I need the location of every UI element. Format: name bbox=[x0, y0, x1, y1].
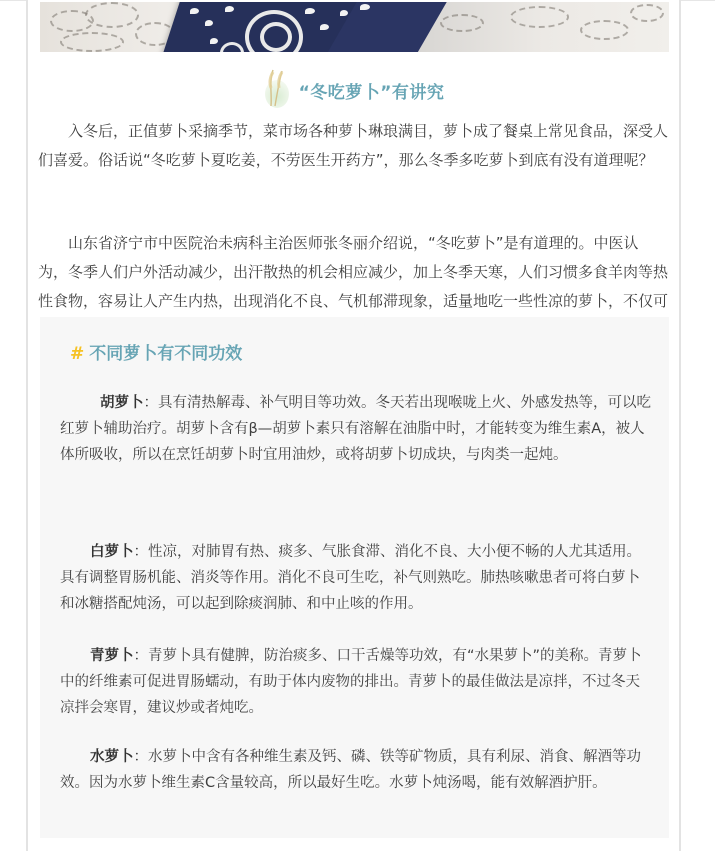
item-sep: ： bbox=[144, 395, 159, 411]
banner-image bbox=[40, 2, 669, 52]
item-text: 水萝卜中含有各种维生素及钙、磷、铁等矿物质，具有利尿、消食、解酒等功效。因为水萝… bbox=[60, 749, 641, 791]
item-name: 水萝卜 bbox=[90, 749, 134, 765]
intro-paragraph: 入冬后，正值萝卜采摘季节，菜市场各种萝卜琳琅满目，萝卜成了餐桌上常见食品，深受人… bbox=[38, 117, 668, 175]
item-name: 胡萝卜 bbox=[100, 395, 144, 411]
hash-icon: # bbox=[70, 344, 84, 364]
radish-effects-box: #不同萝卜有不同功效 胡萝卜：具有清热解毒、补气明目等功效。冬天若出现喉咙上火、… bbox=[40, 317, 669, 838]
item-sep: ： bbox=[134, 544, 149, 560]
section-title: “冬吃萝卜”有讲究 bbox=[28, 66, 679, 110]
item-text: 性凉，对肺胃有热、痰多、气胀食滞、消化不良、大小便不畅的人尤其适用。具有调整胃肠… bbox=[60, 544, 641, 612]
item-sep: ： bbox=[134, 648, 149, 664]
radish-item-water: 水萝卜：水萝卜中含有各种维生素及钙、磷、铁等矿物质，具有利尿、消食、解酒等功效。… bbox=[60, 744, 652, 796]
radish-item-carrot: 胡萝卜：具有清热解毒、补气明目等功效。冬天若出现喉咙上火、外感发热等，可以吃红萝… bbox=[60, 390, 652, 468]
item-name: 白萝卜 bbox=[90, 544, 134, 560]
section-title-text: “冬吃萝卜”有讲究 bbox=[299, 78, 445, 103]
article-card: “冬吃萝卜”有讲究 入冬后，正值萝卜采摘季节，菜市场各种萝卜琳琅满目，萝卜成了餐… bbox=[26, 0, 681, 851]
box-heading: #不同萝卜有不同功效 bbox=[70, 339, 242, 364]
item-sep: ： bbox=[134, 749, 149, 765]
radish-item-green: 青萝卜：青萝卜具有健脾，防治痰多、口干舌燥等功效，有“水果萝卜”的美称。青萝卜中… bbox=[60, 643, 652, 721]
reed-leaf-icon bbox=[263, 68, 293, 108]
box-heading-text: 不同萝卜有不同功效 bbox=[89, 344, 242, 364]
item-text: 青萝卜具有健脾，防治痰多、口干舌燥等功效，有“水果萝卜”的美称。青萝卜中的纤维素… bbox=[60, 648, 642, 716]
radish-item-white: 白萝卜：性凉，对肺胃有热、痰多、气胀食滞、消化不良、大小便不畅的人尤其适用。具有… bbox=[60, 539, 652, 617]
item-name: 青萝卜 bbox=[90, 648, 134, 664]
